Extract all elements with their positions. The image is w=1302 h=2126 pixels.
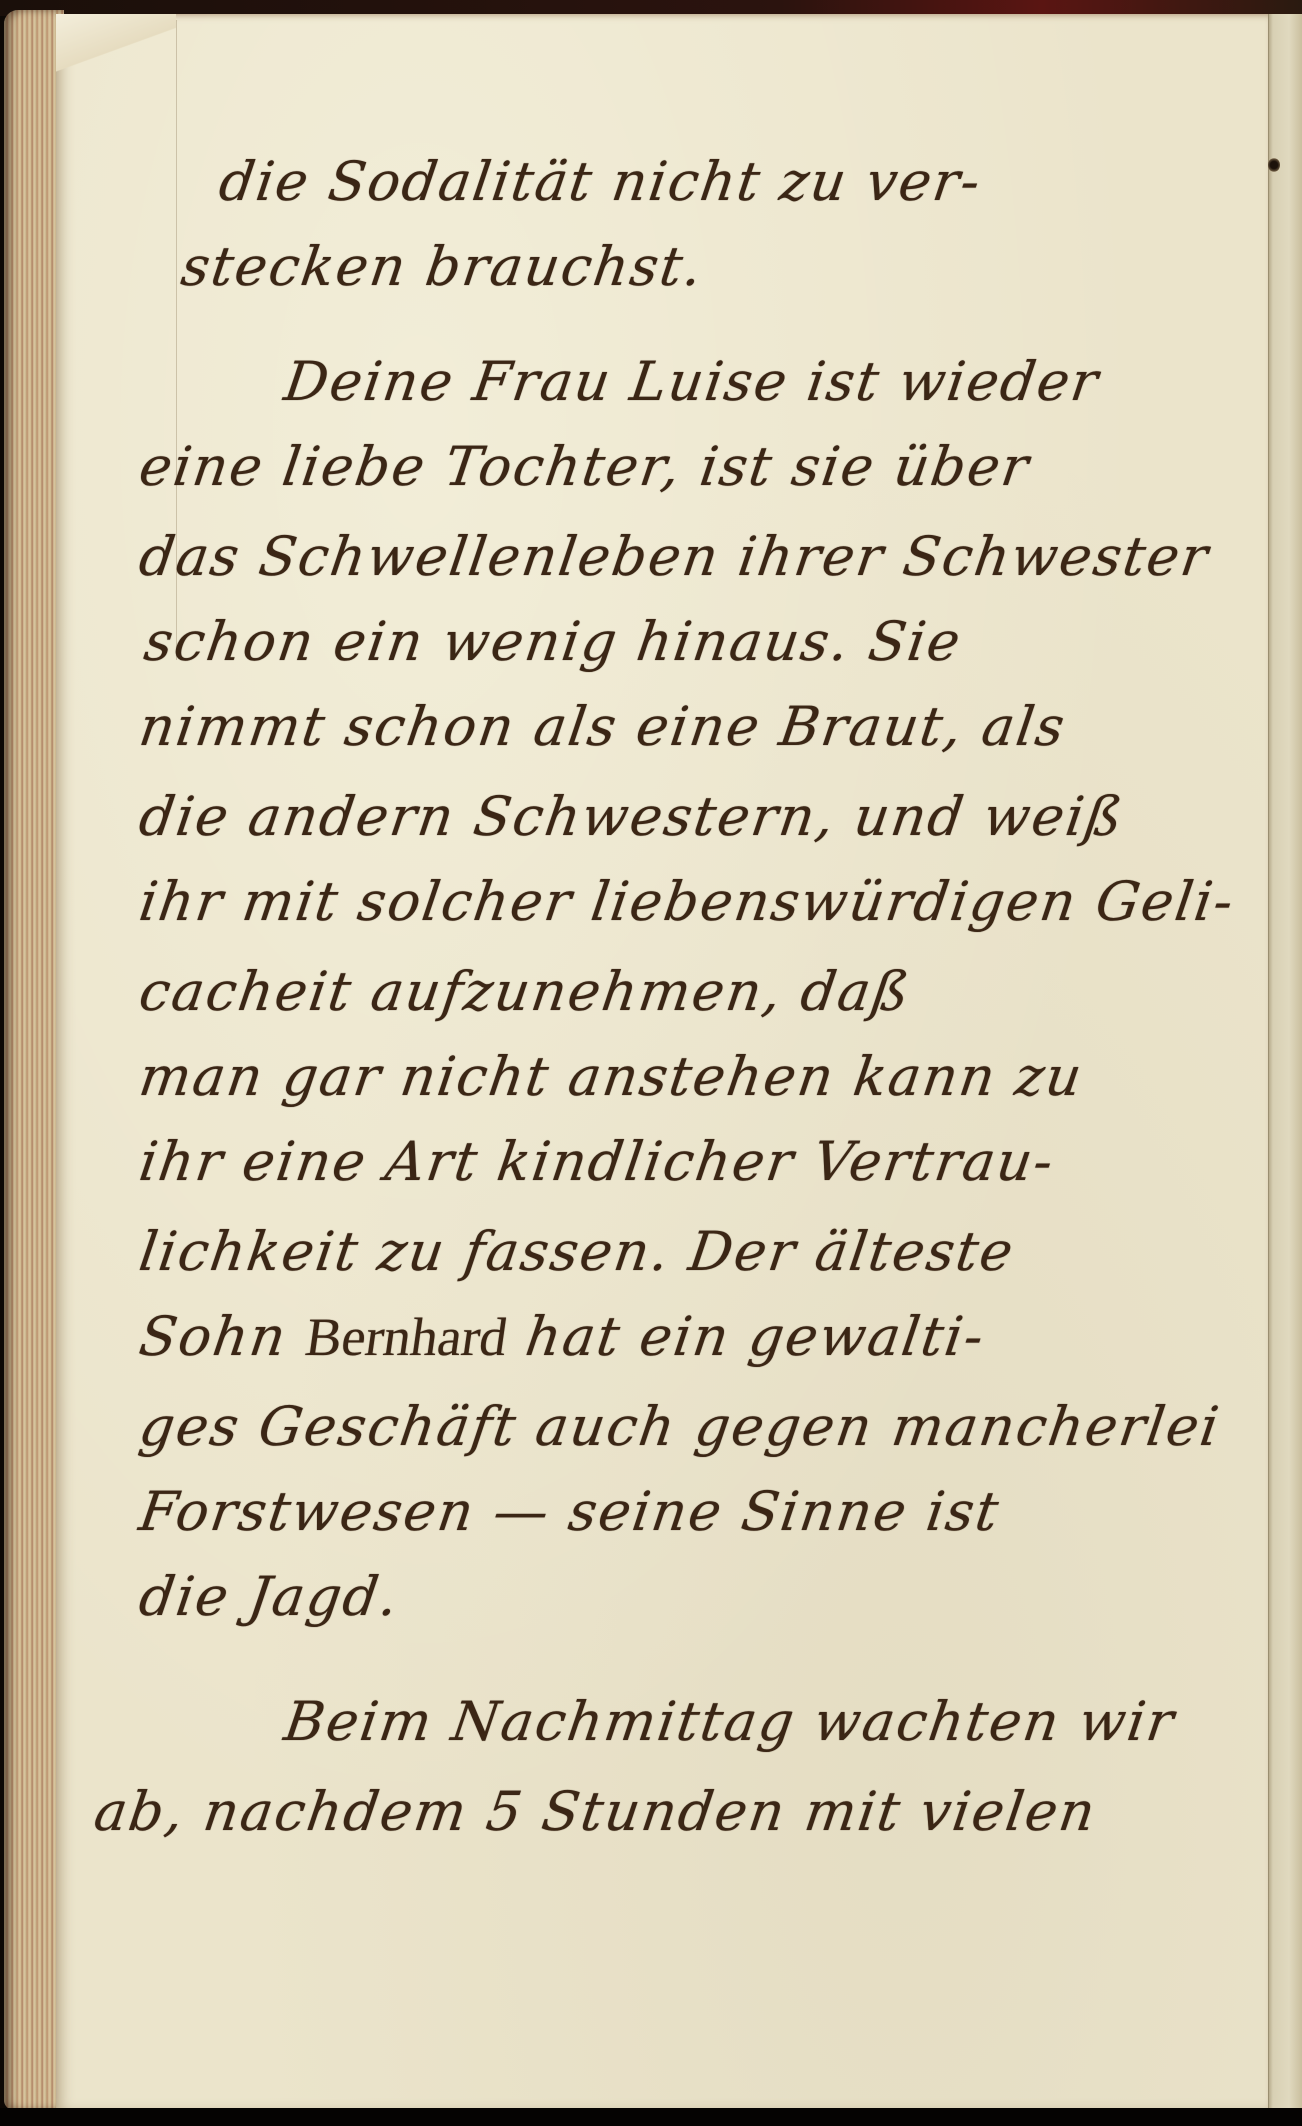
- text-fragment: hat ein gewalti-: [522, 1305, 989, 1368]
- text-line: das Schwellenleben ihrer Schwester: [136, 525, 1214, 588]
- text-line: Beim Nachmittag wachten wir: [281, 1690, 1180, 1753]
- text-line: Deine Frau Luise ist wieder: [281, 350, 1104, 413]
- text-line: nimmt schon als eine Braut, als: [136, 695, 1071, 758]
- text-line: ab, nachdem 5 Stunden mit vielen: [91, 1780, 1101, 1843]
- text-line: lichkeit zu fassen. Der älteste: [136, 1220, 1019, 1283]
- text-line: cacheit aufzunehmen, daß: [136, 960, 915, 1023]
- text-line: die Sodalität nicht zu ver-: [216, 150, 986, 213]
- text-line: ihr mit solcher liebenswürdigen Geli-: [136, 870, 1239, 933]
- text-line: eine liebe Tochter, ist sie über: [136, 435, 1034, 498]
- handwritten-text-block: die Sodalität nicht zu ver- stecken brau…: [0, 0, 1302, 2126]
- text-line: man gar nicht anstehen kann zu: [136, 1045, 1088, 1108]
- text-line: ges Geschäft auch gegen mancherlei: [136, 1395, 1225, 1458]
- text-line: die Jagd.: [136, 1565, 404, 1628]
- proper-name-latin-script: Bernhard: [302, 1307, 511, 1367]
- text-line: Sohn Bernhard hat ein gewalti-: [136, 1305, 990, 1368]
- text-fragment: Sohn: [136, 1305, 292, 1368]
- text-line: schon ein wenig hinaus. Sie: [141, 610, 966, 673]
- text-line: ihr eine Art kindlicher Vertrau-: [136, 1130, 1059, 1193]
- text-line: Forstwesen — seine Sinne ist: [136, 1480, 1005, 1543]
- text-line: die andern Schwestern, und weiß: [136, 785, 1128, 848]
- text-line: stecken brauchst.: [178, 235, 708, 298]
